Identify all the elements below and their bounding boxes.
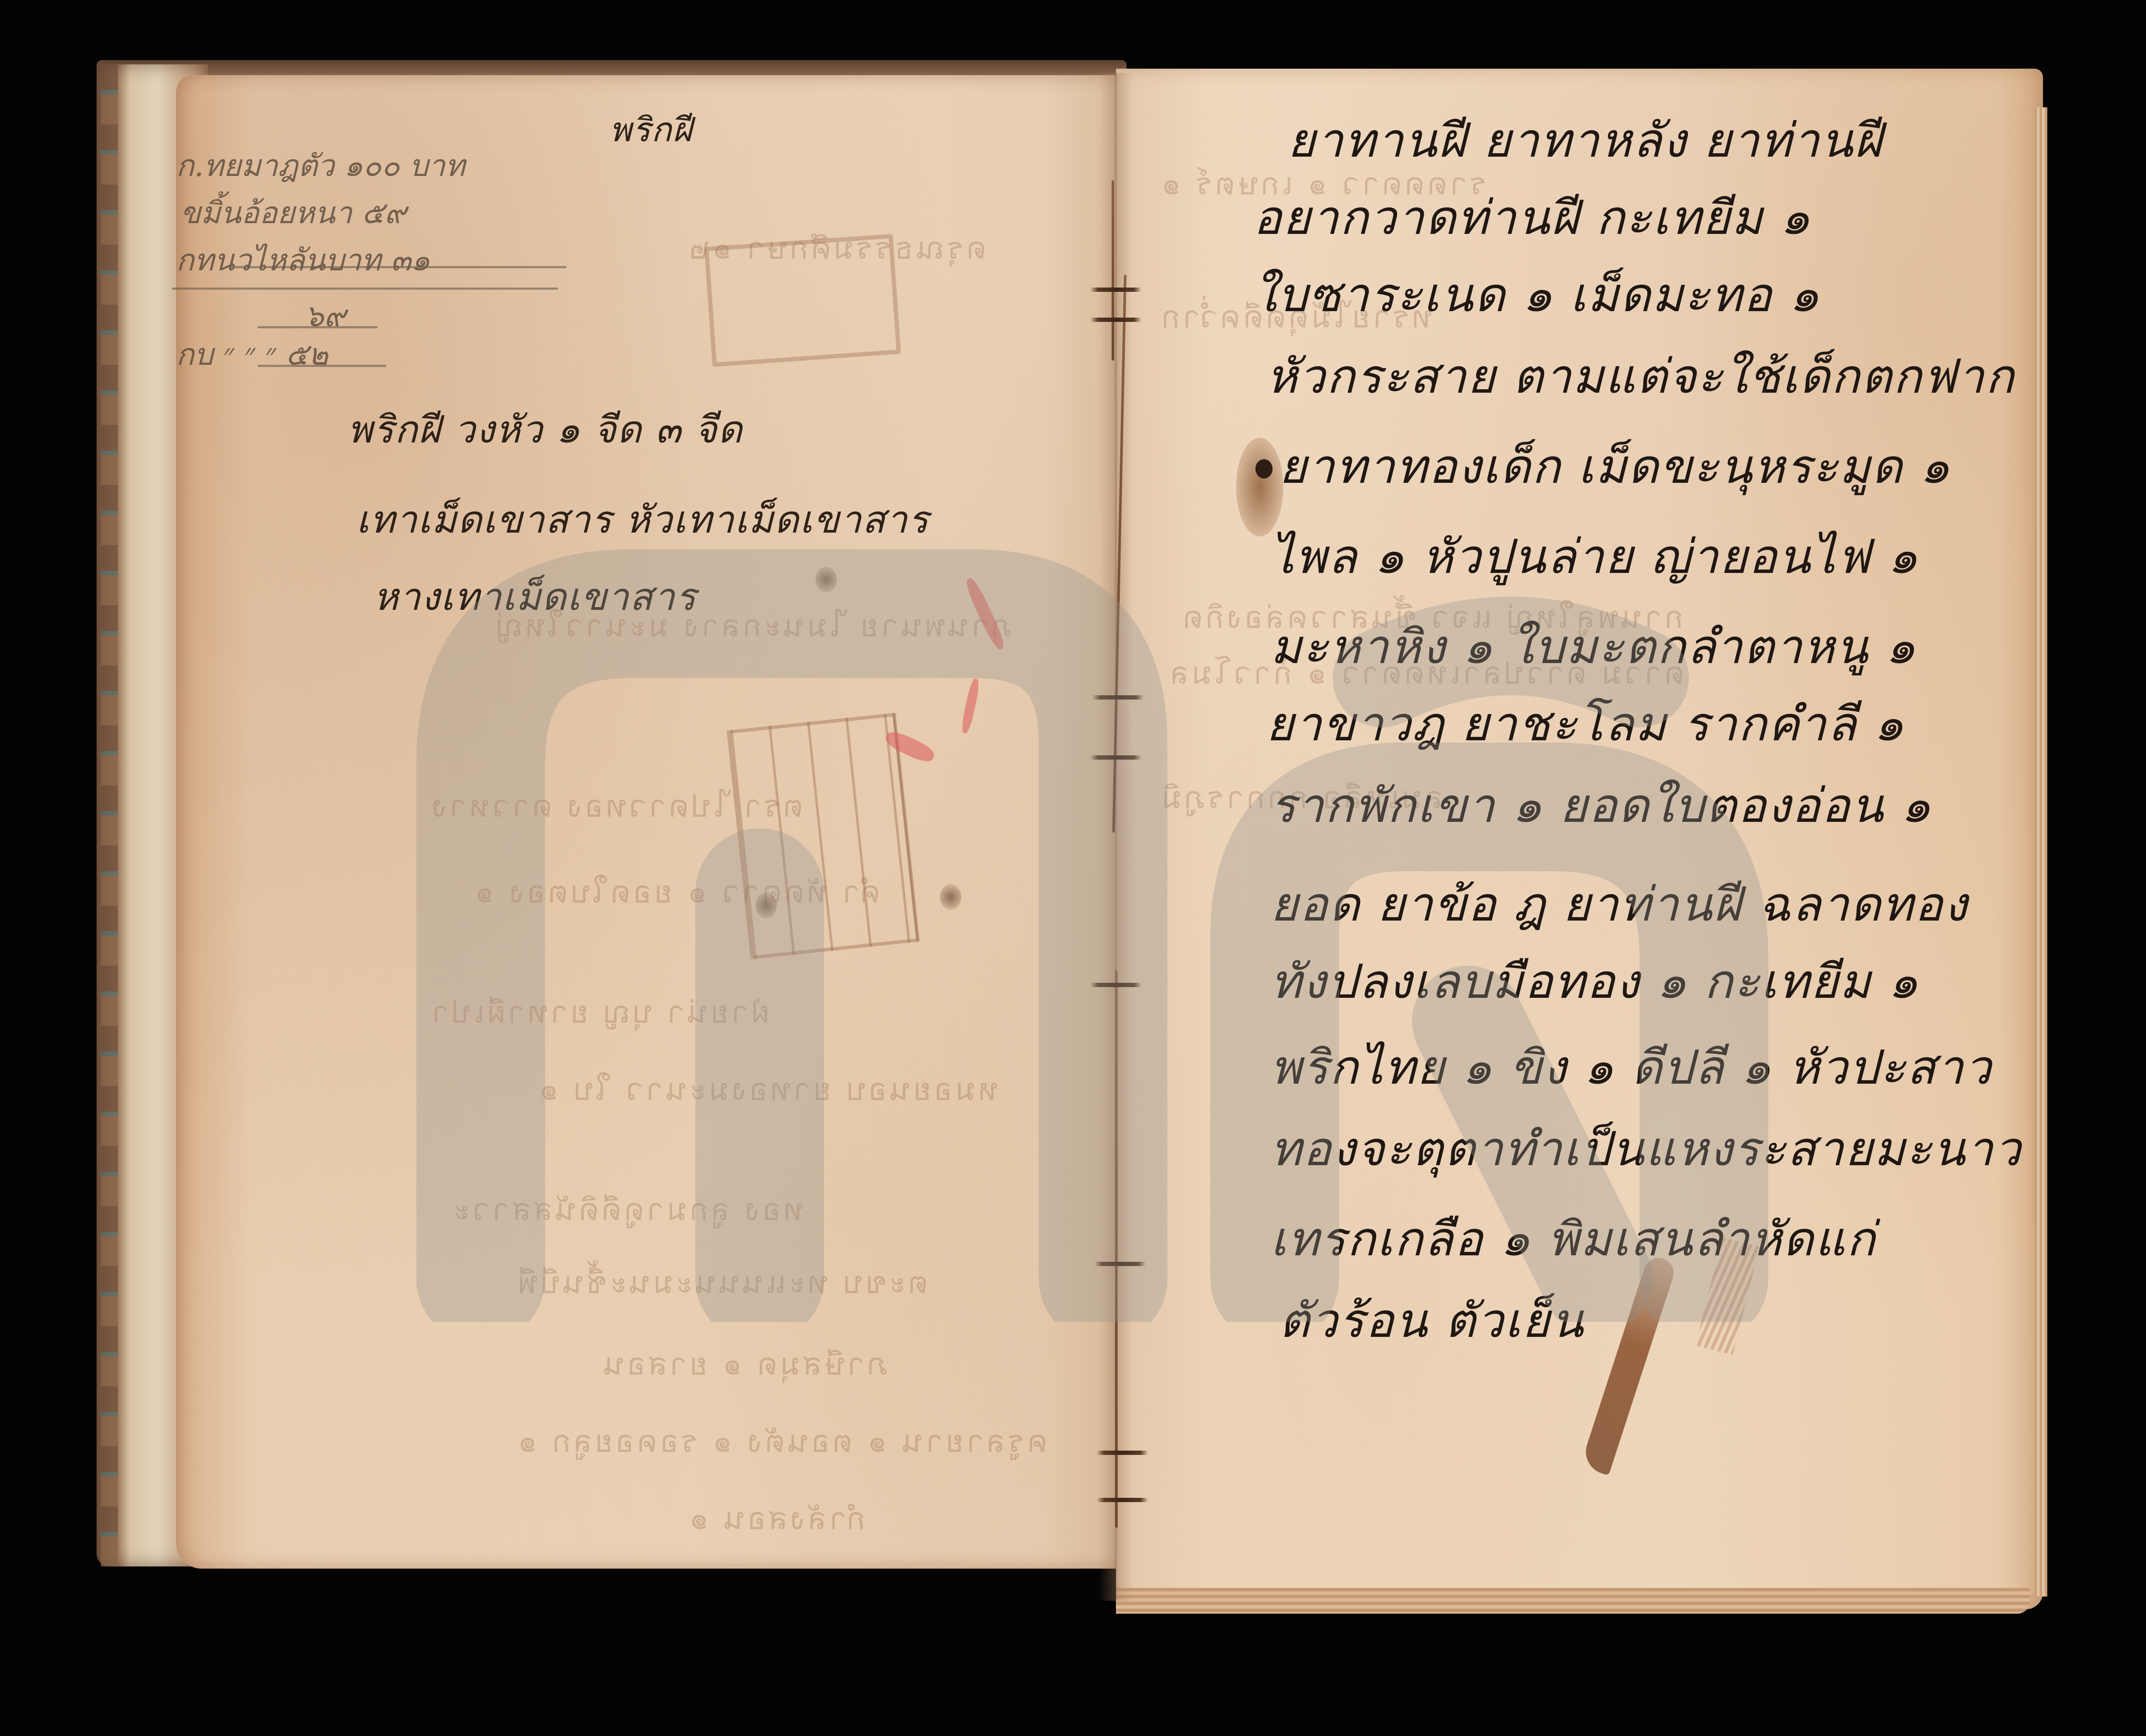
binding-stitch — [1092, 695, 1144, 700]
manuscript-line: ยอด ยาข้อ ฎ ยาท่านฝี ฉลาดทอง — [1270, 867, 1968, 942]
manuscript-line: อยากวาดท่านฝี กะเทยีม ๑ — [1253, 180, 1811, 255]
pencil-underline — [258, 326, 378, 328]
show-through-text: ทอง ลูกมาดูดีดินัสสาวะ — [451, 1185, 804, 1234]
left-ink-line: พริกฝี วงหัว ๑ จีด ๓ จีด — [348, 399, 743, 459]
manuscript-line: ยาทาทองเด็ก เม็ดขะนุหระมูด ๑ — [1279, 429, 1951, 504]
book-cover-top-edge — [97, 60, 1127, 77]
pencil-note: กทนวไหลันบาท ๓๑ — [176, 236, 430, 284]
manuscript-line: ใบซาระเนด ๑ เม็ดมะทอ ๑ — [1253, 258, 1821, 332]
pencil-note: ขมิ้นอ้อยหนา ๕๙ — [180, 189, 406, 236]
binding-stitch — [1090, 983, 1142, 987]
ghost-grid-diagram — [727, 713, 920, 959]
manuscript-title-line: ยาทานฝี ยาทาหลัง ยาท่านฝี — [1288, 103, 1883, 178]
manuscript-line: ตัวร้อน ตัวเย็น — [1279, 1283, 1585, 1358]
ghost-box-diagram — [704, 234, 901, 367]
stain-dot — [940, 884, 961, 910]
manuscript-line: รากพักเขา ๑ ยอดใบตองอ่อน ๑ — [1270, 768, 1932, 843]
manuscript-line: พริกไทย ๑ ขิง ๑ ดีปลี ๑ หัวปะสาว — [1270, 1030, 1992, 1105]
binding-stitch — [1097, 1451, 1148, 1455]
manuscript-line: ทังปลงเลบมือทอง ๑ กะเทยีม ๑ — [1270, 944, 1919, 1019]
binding-stitch — [1090, 318, 1142, 322]
binding-thread — [1115, 970, 1118, 1528]
ink-blot — [1255, 459, 1273, 479]
binding-stitch — [1097, 1498, 1148, 1502]
pencil-note: ก.ทยมาฎตัว ๑๐๐ บาท — [176, 142, 465, 189]
pencil-underline — [258, 365, 386, 367]
pencil-underline — [172, 288, 558, 290]
left-ink-line: หางเทาเม็ดเขาสาร — [373, 567, 697, 627]
manuscript-line: ยาขาวฎ ยาชะโลม รากคำลี ๑ — [1266, 687, 1905, 761]
manuscript-line: หัวกระสาย ตามแต่จะใช้เด็กตกฟาก — [1266, 339, 2015, 414]
stain-dot — [815, 567, 837, 592]
top-label: พริกฝี — [609, 103, 693, 156]
page-edges-bottom — [1116, 1588, 2030, 1614]
show-through-text: ครูลายาน ๑ ตอนตัง ๑ รอคอยลูก ๑ — [515, 1416, 1048, 1466]
binding-stitch — [1094, 1262, 1146, 1266]
binding-stitch — [1090, 755, 1142, 760]
binding-thread — [1112, 180, 1114, 361]
manuscript-line: ไพล ๑ หัวปูนล่าย ญ่ายอนไฟ ๑ — [1270, 519, 1919, 594]
page-edges-right — [2034, 107, 2047, 1597]
manuscript-line: ทองจะตุตาทำเป็นแหงระสายมะนาว — [1270, 1112, 2022, 1186]
show-through-text: ฝ่ายน่า บุญ ยาทาผีเปา — [429, 987, 770, 1036]
pencil-underline — [232, 266, 567, 268]
pencil-note: กบ ״ ״ ״ ๕๒ — [176, 330, 328, 378]
show-through-text: หมอยนอบ ยาทองมะนาว ใบ ๑ — [536, 1064, 998, 1114]
binding-stitch — [1090, 288, 1142, 292]
show-through-text: กำลังสอน ๑ — [687, 1494, 865, 1543]
manuscript-line: เทรกเกลือ ๑ พิมเสนลำหัดแก่ — [1270, 1202, 1876, 1276]
show-through-text: ภาษีสมุด ๑ ยาสอน — [601, 1339, 888, 1388]
manuscript-line: มะหาหิง ๑ ใบมะตกลำตาหนู ๑ — [1270, 609, 1917, 684]
show-through-text: ตะขบ ทะแนนนะมนะชื้นบีพี — [515, 1257, 928, 1307]
stain-dot — [755, 893, 777, 918]
left-ink-line: เทาเม็ดเขาสาร หัวเทาเม็ดเขาสาร — [356, 489, 929, 549]
